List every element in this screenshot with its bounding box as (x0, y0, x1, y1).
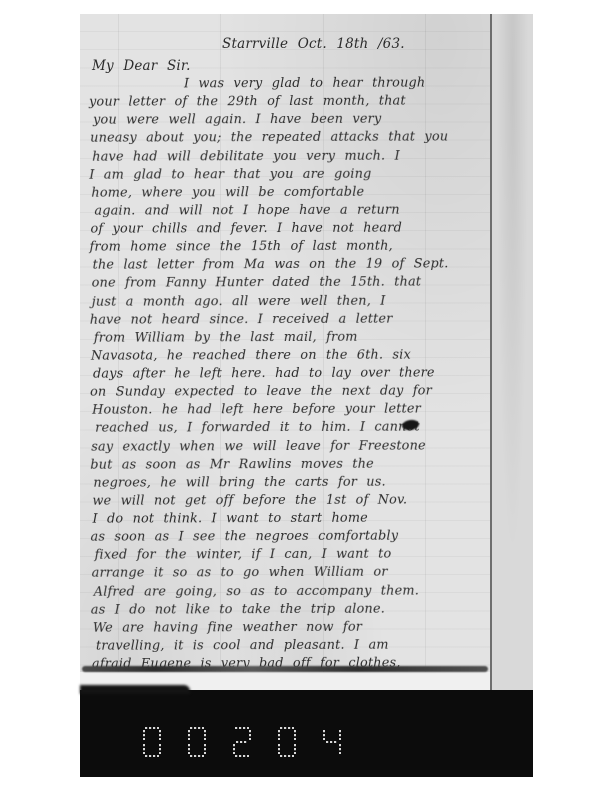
counter-digit (277, 727, 297, 761)
letter-line: reached us, I forwarded it to him. I can… (95, 419, 488, 438)
letter-page: Starrville Oct. 18th /63. My Dear Sir. I… (80, 14, 490, 672)
letter-line: as I do not like to take the trip alone. (91, 600, 489, 620)
page-edge-strip (490, 14, 533, 690)
letter-line: again. and will not I hope have a return (94, 201, 487, 220)
letter-line: I was very glad to hear through (184, 74, 487, 93)
letter-line: have had will debilitate you very much. … (92, 147, 487, 167)
letter-line: I do not think. I want to start home (92, 509, 488, 529)
counter-digit (232, 727, 252, 761)
counter-digit (322, 727, 342, 761)
letter-line: uneasy about you; the repeated attacks t… (90, 129, 487, 149)
letter-salutation: My Dear Sir. (92, 58, 191, 74)
letter-line: arrange it so as to go when William or (92, 564, 489, 584)
letter-line: days after he left here. had to lay over… (93, 364, 488, 384)
letter-line: I am glad to hear that you are going (89, 165, 487, 185)
paper-torn-edge (82, 666, 488, 672)
letter-line: Alfred are going, so as to accompany the… (94, 582, 489, 602)
letter-line: fixed for the winter, if I can, I want t… (95, 546, 489, 566)
letter-line: of your chills and fever. I have not hea… (90, 219, 487, 239)
film-strip (80, 690, 533, 777)
letter-line: We are having fine weather now for (93, 618, 489, 638)
letter-line: home, where you will be comfortable (91, 183, 487, 203)
letter-line: Navasota, he reached there on the 6th. s… (91, 346, 488, 366)
letter-line: say exactly when we will leave for Frees… (91, 437, 488, 457)
letter-line: Houston. he had left here before your le… (92, 401, 488, 421)
letter-line: negroes, he will bring the carts for us. (93, 473, 488, 493)
letter-line: your letter of the 29th of last month, t… (89, 92, 487, 112)
letter-line: just a month ago. all were well then, I (92, 292, 488, 312)
letter-line: one from Fanny Hunter dated the 15th. th… (92, 274, 488, 294)
counter-digit (187, 727, 207, 761)
letter-line: from home since the 15th of last month, (90, 237, 488, 257)
letter-body: I was very glad to hear throughyour lett… (89, 74, 489, 672)
letter-line: the last letter from Ma was on the 19 of… (93, 256, 488, 276)
letter-line: as soon as I see the negroes comfortably (91, 527, 489, 547)
letter-line: we will not get off before the 1st of No… (92, 491, 488, 511)
letter-line: but as soon as Mr Rawlins moves the (90, 455, 488, 475)
letter-line: from William by the last mail, from (94, 328, 488, 348)
frame-counter (142, 727, 342, 761)
microfilm-frame: Starrville Oct. 18th /63. My Dear Sir. I… (80, 14, 533, 777)
letter-line: travelling, it is cool and pleasant. I a… (96, 636, 489, 655)
letter-line: have not heard since. I received a lette… (90, 310, 488, 330)
letter-dateline: Starrville Oct. 18th /63. (222, 36, 405, 52)
letter-line: on Sunday expected to leave the next day… (90, 382, 488, 402)
counter-digit (142, 727, 162, 761)
letter-line: you were well again. I have been very (93, 111, 487, 131)
